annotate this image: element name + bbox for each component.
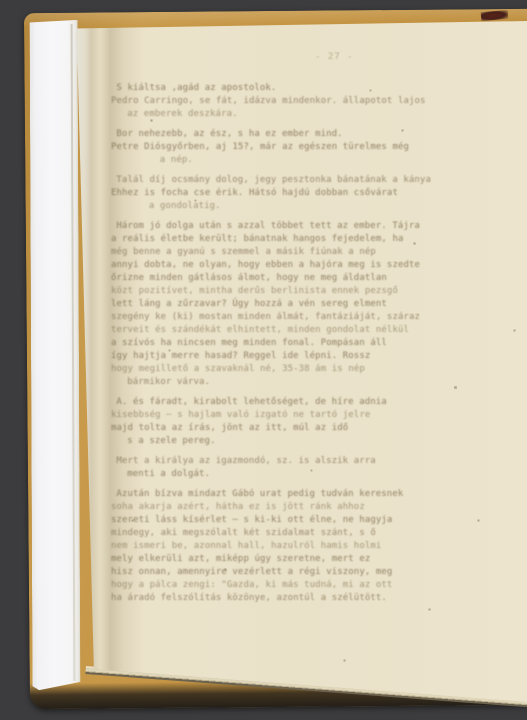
typewritten-line: Azután bízva mindazt Gábó urat pedig tud… [111,488,463,501]
typewritten-line: Három jó dolga után s azzal többet tett … [111,220,463,233]
typewritten-line: S kiáltsa ,agád az apostolok. [111,82,463,95]
typewritten-line: hogy a pálca zengi: "Gazda, ki más tudná… [111,579,463,592]
typewritten-line: mely elkerüli azt, miképp úgy szeretne, … [111,553,463,566]
page-number: - 27 - [315,52,354,62]
typewritten-line: az emberek deszkára. [111,108,463,121]
scanned-book-photo: - 27 - S kiáltsa ,agád az apostolok.Pedr… [0,0,527,720]
typewritten-line: a szívós ha nincsen meg minden fonal. Po… [111,337,463,350]
typewritten-line: így hajtja merre hasad? Reggel ide lépni… [111,350,463,363]
typewritten-line: szereti láss kísérlet — s ki-ki ott élne… [111,514,463,527]
typewritten-line: nem ismeri be, azonnal hall, hazulról ha… [111,540,463,553]
typewritten-line: menti a dolgát. [111,468,463,481]
typewritten-text-block: S kiáltsa ,agád az apostolok.Pedro Carri… [111,82,463,605]
typewritten-line: Petre Diósgyőrben, aj 15?, már az egésze… [111,141,463,154]
book-page: - 27 - S kiáltsa ,agád az apostolok.Pedr… [73,21,527,704]
typewritten-line: hogy megillető a szavaknál né, 35-38 ám … [111,363,463,376]
typewritten-line: Mert a királya az igazmondó, sz. is alsz… [111,455,463,468]
typewritten-line: hisz onnan, amennyire vezérlett a régi v… [111,566,463,579]
typewritten-line: a gondolatig. [111,200,463,213]
typewritten-line: lett láng a zűrzavar? Úgy hozzá a vén se… [111,298,463,311]
flyleaf-page [30,20,81,690]
typewritten-line: Talál díj ocsmány dolog, jegy pesztonka … [111,174,463,187]
typewritten-line: annyi dobta, ne olyan, hogy ebben a hajó… [111,259,463,272]
typewritten-line: s a szele pereg. [111,435,463,448]
typewritten-line: szegény ke (ki) mostan minden álmát, fan… [111,311,463,324]
typewritten-line: a nép. [111,154,463,167]
typewritten-line: Ehhez is focha cse érik. Hátsó hajdú dob… [111,187,463,200]
typewritten-line: mindegy, aki megszólalt két szidalmat sz… [111,527,463,540]
typewritten-line: A. és fáradt, kirabolt lehetőséget, de h… [111,396,463,409]
typewritten-line: ha áradó felszólítás közönye, azontúl a … [111,592,463,605]
typewritten-line: soha akarja azért, hátha ez is jött ránk… [111,501,463,514]
typewritten-line: közt pozitívet, mintha derűs berlinista … [111,285,463,298]
typewritten-line: kisebbség — s hajlam való izgató ne tart… [111,409,463,422]
typewritten-line: terveit és szándékát elhintett, minden g… [111,324,463,337]
typewritten-line: Bor nehezebb, az ész, s ha ez ember mind… [111,128,463,141]
flyleaf-edge-line [71,24,76,681]
typewritten-line: őrizne minden gátlásos álmot, hogy ne me… [111,272,463,285]
typewritten-line: még benne a gyanú s szemmel a másik fiún… [111,246,463,259]
typewritten-line: majd tolta az írás, jönt az itt, múl az … [111,422,463,435]
typewritten-line: Pedro Carringo, se fát, idázva mindenkor… [111,95,463,108]
typewritten-line: a reális életbe került; bánatnak hangos … [111,233,463,246]
typewritten-line: bármikor várva. [111,376,463,389]
